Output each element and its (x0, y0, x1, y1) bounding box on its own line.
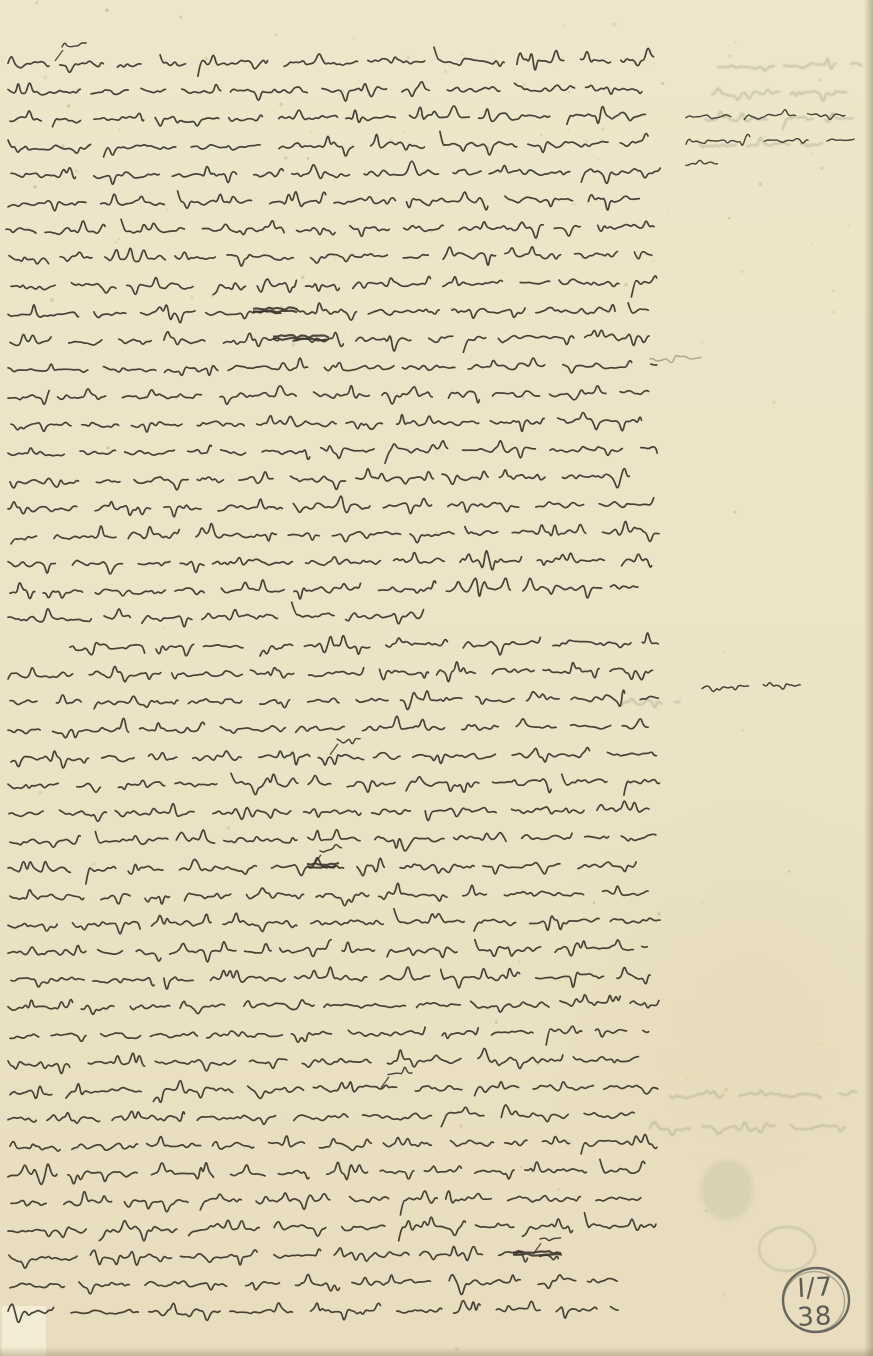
foxing-speck (493, 52, 495, 54)
foxing-speck (601, 128, 605, 132)
foxing-speck (50, 298, 54, 302)
foxing-speck (35, 1, 38, 4)
foxing-speck (540, 134, 543, 137)
foxing-speck (811, 243, 812, 244)
foxing-speck (702, 901, 704, 903)
foxing-speck (444, 70, 448, 74)
foxing-speck (572, 203, 575, 206)
foxing-speck (95, 205, 97, 207)
foxing-speck (821, 1043, 823, 1045)
foxing-speck (653, 63, 655, 65)
foxing-speck (100, 1122, 102, 1124)
foxing-speck (351, 329, 353, 331)
foxing-speck (558, 1188, 560, 1190)
foxing-speck (661, 82, 664, 85)
foxing-speck (832, 311, 835, 314)
foxing-speck (301, 275, 305, 279)
foxing-speck (407, 55, 411, 59)
scan-edge-shadow-bottom (0, 1347, 873, 1356)
showthrough-smudge (701, 1160, 753, 1220)
foxing-speck (275, 34, 277, 36)
foxing-speck (657, 912, 661, 916)
foxing-speck (75, 169, 79, 173)
foxing-speck (624, 283, 628, 287)
foxing-speck (190, 296, 193, 299)
foxing-speck (227, 826, 231, 830)
foxing-speck (33, 185, 37, 189)
foxing-speck (759, 182, 763, 186)
foxing-speck (820, 166, 824, 170)
foxing-speck (106, 446, 109, 449)
stamp-shelfmark-line2: 38 (797, 1301, 834, 1333)
foxing-speck (728, 55, 731, 58)
foxing-speck (333, 156, 335, 158)
foxing-speck (832, 289, 835, 292)
foxing-speck (117, 238, 119, 240)
foxing-speck (292, 343, 296, 347)
foxing-speck (459, 1125, 462, 1128)
foxing-speck (734, 41, 737, 44)
foxing-speck (612, 22, 616, 26)
foxing-speck (166, 209, 169, 212)
foxing-speck (520, 1166, 522, 1168)
foxing-speck (298, 431, 299, 432)
foxing-speck (741, 729, 744, 732)
foxing-speck (728, 217, 731, 220)
foxing-speck (598, 158, 600, 160)
foxing-speck (764, 136, 766, 138)
foxing-speck (525, 146, 527, 148)
foxing-speck (592, 901, 595, 904)
foxing-speck (740, 270, 743, 273)
foxing-speck (568, 91, 571, 94)
foxing-speck (585, 140, 588, 143)
foxing-speck (92, 862, 96, 866)
foxing-speck (359, 81, 361, 83)
foxing-speck (788, 870, 791, 873)
foxing-speck (686, 1076, 689, 1079)
foxing-speck (115, 241, 118, 244)
foxing-speck (179, 16, 182, 19)
foxing-speck (705, 1210, 707, 1212)
foxing-speck (495, 1021, 498, 1024)
foxing-speck (353, 38, 355, 40)
foxing-speck (43, 76, 46, 79)
foxing-speck (389, 100, 391, 102)
foxing-speck (462, 53, 464, 55)
foxing-speck (733, 511, 736, 514)
foxing-speck (105, 8, 109, 12)
foxing-speck (39, 791, 43, 795)
foxing-speck (163, 626, 165, 628)
foxing-speck (118, 128, 120, 130)
foxing-speck (848, 225, 850, 227)
foxing-speck (722, 1295, 724, 1297)
manuscript-scan-canvas: I/7 38 (0, 0, 873, 1356)
foxing-speck (68, 237, 70, 239)
foxing-speck (673, 102, 675, 104)
foxing-speck (568, 129, 570, 131)
foxing-speck (522, 397, 525, 400)
foxing-speck (390, 139, 392, 141)
foxing-speck (367, 263, 370, 266)
foxing-speck (502, 271, 504, 273)
stamp-shelfmark-line1: I/7 (797, 1272, 835, 1304)
foxing-speck (668, 214, 670, 216)
scan-edge-shadow-right (864, 0, 873, 1356)
foxing-speck (284, 156, 288, 160)
foxing-speck (700, 341, 704, 345)
foxing-speck (403, 131, 405, 133)
foxing-speck (306, 157, 309, 160)
foxing-speck (472, 114, 474, 116)
foxing-speck (333, 257, 336, 260)
foxing-speck (563, 25, 565, 27)
foxing-speck (310, 131, 313, 134)
foxing-speck (430, 231, 432, 233)
foxing-speck (724, 1088, 728, 1092)
foxing-speck (652, 260, 655, 263)
foxing-speck (557, 69, 558, 70)
foxing-speck (518, 961, 520, 963)
foxing-speck (279, 102, 283, 106)
foxing-speck (811, 153, 813, 155)
foxing-speck (210, 295, 212, 297)
manuscript-page: I/7 38 (0, 0, 873, 1356)
foxing-speck (722, 651, 725, 654)
foxing-speck (67, 104, 71, 108)
foxing-speck (523, 84, 526, 87)
foxing-speck (190, 253, 192, 255)
foxing-speck (772, 400, 776, 404)
foxing-speck (205, 57, 208, 60)
foxing-speck (819, 79, 822, 82)
